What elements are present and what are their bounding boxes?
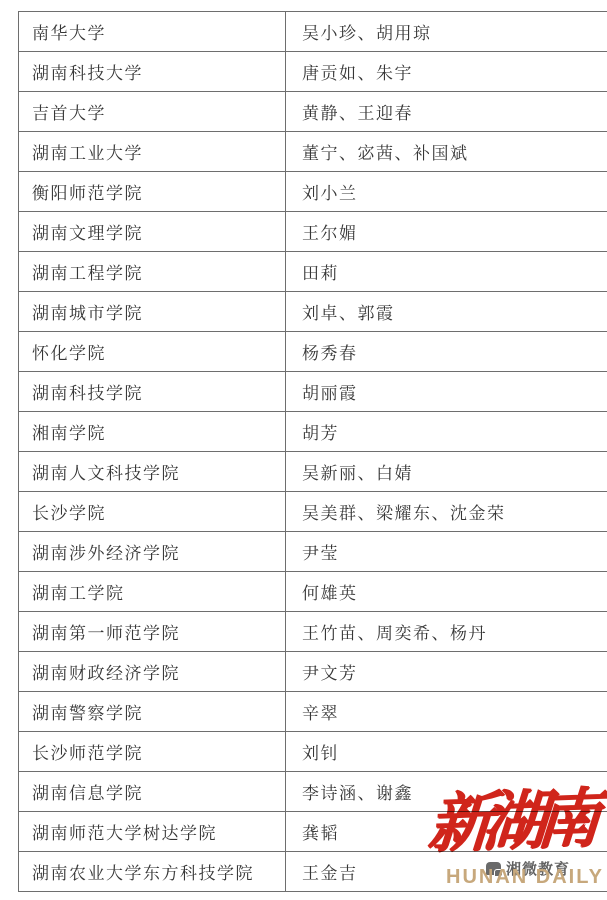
roster-body: 南华大学 吴小珍、胡用琼 湖南科技大学 唐贡如、朱宇 吉首大学 黄静、王迎春 湖… [19,12,607,892]
table-row: 湖南警察学院 辛翠 [19,692,607,732]
names-cell: 吴美群、梁耀东、沈金荣 [286,492,607,532]
table-row: 长沙师范学院 刘钊 [19,732,607,772]
table-row: 南华大学 吴小珍、胡用琼 [19,12,607,52]
institution-cell: 湖南城市学院 [19,292,286,332]
institution-cell: 湖南农业大学东方科技学院 [19,852,286,892]
institution-cell: 长沙学院 [19,492,286,532]
institution-cell: 湖南信息学院 [19,772,286,812]
names-cell: 何雄英 [286,572,607,612]
institution-cell: 怀化学院 [19,332,286,372]
names-cell: 刘钊 [286,732,607,772]
table-row: 湖南涉外经济学院 尹莹 [19,532,607,572]
table-row: 怀化学院 杨秀春 [19,332,607,372]
institution-cell: 湖南工学院 [19,572,286,612]
table-row: 湖南科技学院 胡丽霞 [19,372,607,412]
table-row: 衡阳师范学院 刘小兰 [19,172,607,212]
table-row: 湖南人文科技学院 吴新丽、白婧 [19,452,607,492]
institution-cell: 南华大学 [19,12,286,52]
article-page: 南华大学 吴小珍、胡用琼 湖南科技大学 唐贡如、朱宇 吉首大学 黄静、王迎春 湖… [0,0,607,900]
table-row: 湖南工业大学 董宁、宓茜、补国斌 [19,132,607,172]
logo-cn-text: 新湖南 [426,785,593,858]
institution-cell: 湖南工程学院 [19,252,286,292]
names-cell: 辛翠 [286,692,607,732]
table-row: 湖南工程学院 田莉 [19,252,607,292]
institution-cell: 湖南科技学院 [19,372,286,412]
institution-cell: 长沙师范学院 [19,732,286,772]
roster-table: 南华大学 吴小珍、胡用琼 湖南科技大学 唐贡如、朱宇 吉首大学 黄静、王迎春 湖… [18,11,607,892]
names-cell: 王竹苗、周奕希、杨丹 [286,612,607,652]
institution-cell: 湖南警察学院 [19,692,286,732]
table-row: 吉首大学 黄静、王迎春 [19,92,607,132]
names-cell: 田莉 [286,252,607,292]
institution-cell: 吉首大学 [19,92,286,132]
institution-cell: 湖南人文科技学院 [19,452,286,492]
table-row: 湖南文理学院 王尔媚 [19,212,607,252]
institution-cell: 湖南师范大学树达学院 [19,812,286,852]
institution-cell: 湖南工业大学 [19,132,286,172]
hunan-daily-logo: 新湖南 湘微教育 HUNAN DAILY [426,790,602,896]
institution-cell: 衡阳师范学院 [19,172,286,212]
table-row: 湖南城市学院 刘卓、郭霞 [19,292,607,332]
names-cell: 刘小兰 [286,172,607,212]
names-cell: 胡丽霞 [286,372,607,412]
names-cell: 吴小珍、胡用琼 [286,12,607,52]
institution-cell: 湖南科技大学 [19,52,286,92]
institution-cell: 湖南第一师范学院 [19,612,286,652]
institution-cell: 湖南涉外经济学院 [19,532,286,572]
names-cell: 尹文芳 [286,652,607,692]
names-cell: 唐贡如、朱宇 [286,52,607,92]
institution-cell: 湖南财政经济学院 [19,652,286,692]
institution-cell: 湖南文理学院 [19,212,286,252]
names-cell: 胡芳 [286,412,607,452]
logo-en-text: HUNAN DAILY [446,866,604,889]
names-cell: 董宁、宓茜、补国斌 [286,132,607,172]
names-cell: 尹莹 [286,532,607,572]
table-row: 湘南学院 胡芳 [19,412,607,452]
names-cell: 王尔媚 [286,212,607,252]
table-row: 湖南财政经济学院 尹文芳 [19,652,607,692]
names-cell: 杨秀春 [286,332,607,372]
table-row: 湖南科技大学 唐贡如、朱宇 [19,52,607,92]
names-cell: 吴新丽、白婧 [286,452,607,492]
names-cell: 黄静、王迎春 [286,92,607,132]
institution-cell: 湘南学院 [19,412,286,452]
table-row: 长沙学院 吴美群、梁耀东、沈金荣 [19,492,607,532]
table-row: 湖南第一师范学院 王竹苗、周奕希、杨丹 [19,612,607,652]
table-row: 湖南工学院 何雄英 [19,572,607,612]
names-cell: 刘卓、郭霞 [286,292,607,332]
